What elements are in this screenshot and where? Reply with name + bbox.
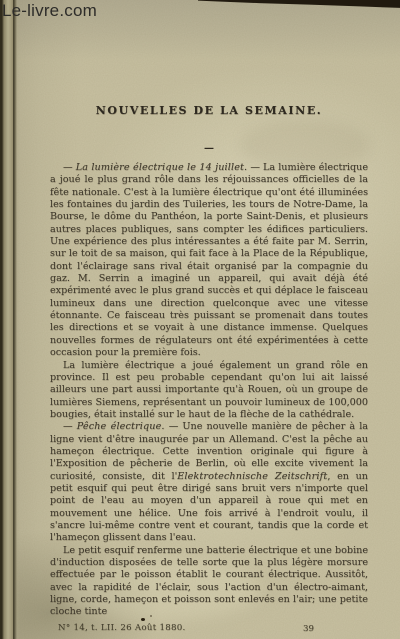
page-spine-shadow	[0, 0, 20, 639]
paragraph-text-segment: —	[63, 421, 77, 432]
page-spine-crease	[13, 0, 14, 639]
paragraph-text-segment: —	[63, 162, 76, 173]
paragraph-esquif: Le petit esquif renferme une batterie él…	[50, 545, 368, 619]
paragraph-italic-lead: Pêche électrique.	[77, 421, 165, 432]
paragraph-text-segment: La lumière électrique a joué également u…	[50, 360, 368, 420]
paragraph-peche-electrique: — Pêche électrique. — Une nouvelle maniè…	[50, 421, 368, 544]
ink-speck	[150, 615, 152, 617]
paragraph-lumiere-electrique: — La lumière électrique le 14 juillet. —…	[50, 162, 368, 360]
journal-name-italic: Elektrotechnische Zeitschrift	[177, 471, 327, 482]
issue-line: N° 14, t. LII. 26 Août 1880.	[58, 623, 186, 633]
title-divider: —	[50, 143, 368, 154]
paragraph-text-segment: Le petit esquif renferme une batterie él…	[50, 545, 368, 618]
watermark: Le-livre.com	[2, 1, 97, 21]
scanned-page: Le-livre.com NOUVELLES DE LA SEMAINE. — …	[0, 0, 400, 639]
scan-edge-top	[198, 0, 400, 11]
paragraph-province: La lumière électrique a joué également u…	[50, 360, 368, 422]
page-footer: N° 14, t. LII. 26 Août 1880. 39	[50, 623, 368, 635]
signature-number: 39	[303, 624, 314, 634]
section-title: NOUVELLES DE LA SEMAINE.	[50, 104, 368, 117]
article: NOUVELLES DE LA SEMAINE. — — La lumière …	[50, 104, 368, 635]
paragraph-italic-lead: La lumière électrique le 14 juillet.	[76, 162, 248, 173]
ink-speck	[141, 618, 145, 621]
paragraph-text-segment: — La lumière électrique a joué le plus g…	[50, 162, 368, 358]
